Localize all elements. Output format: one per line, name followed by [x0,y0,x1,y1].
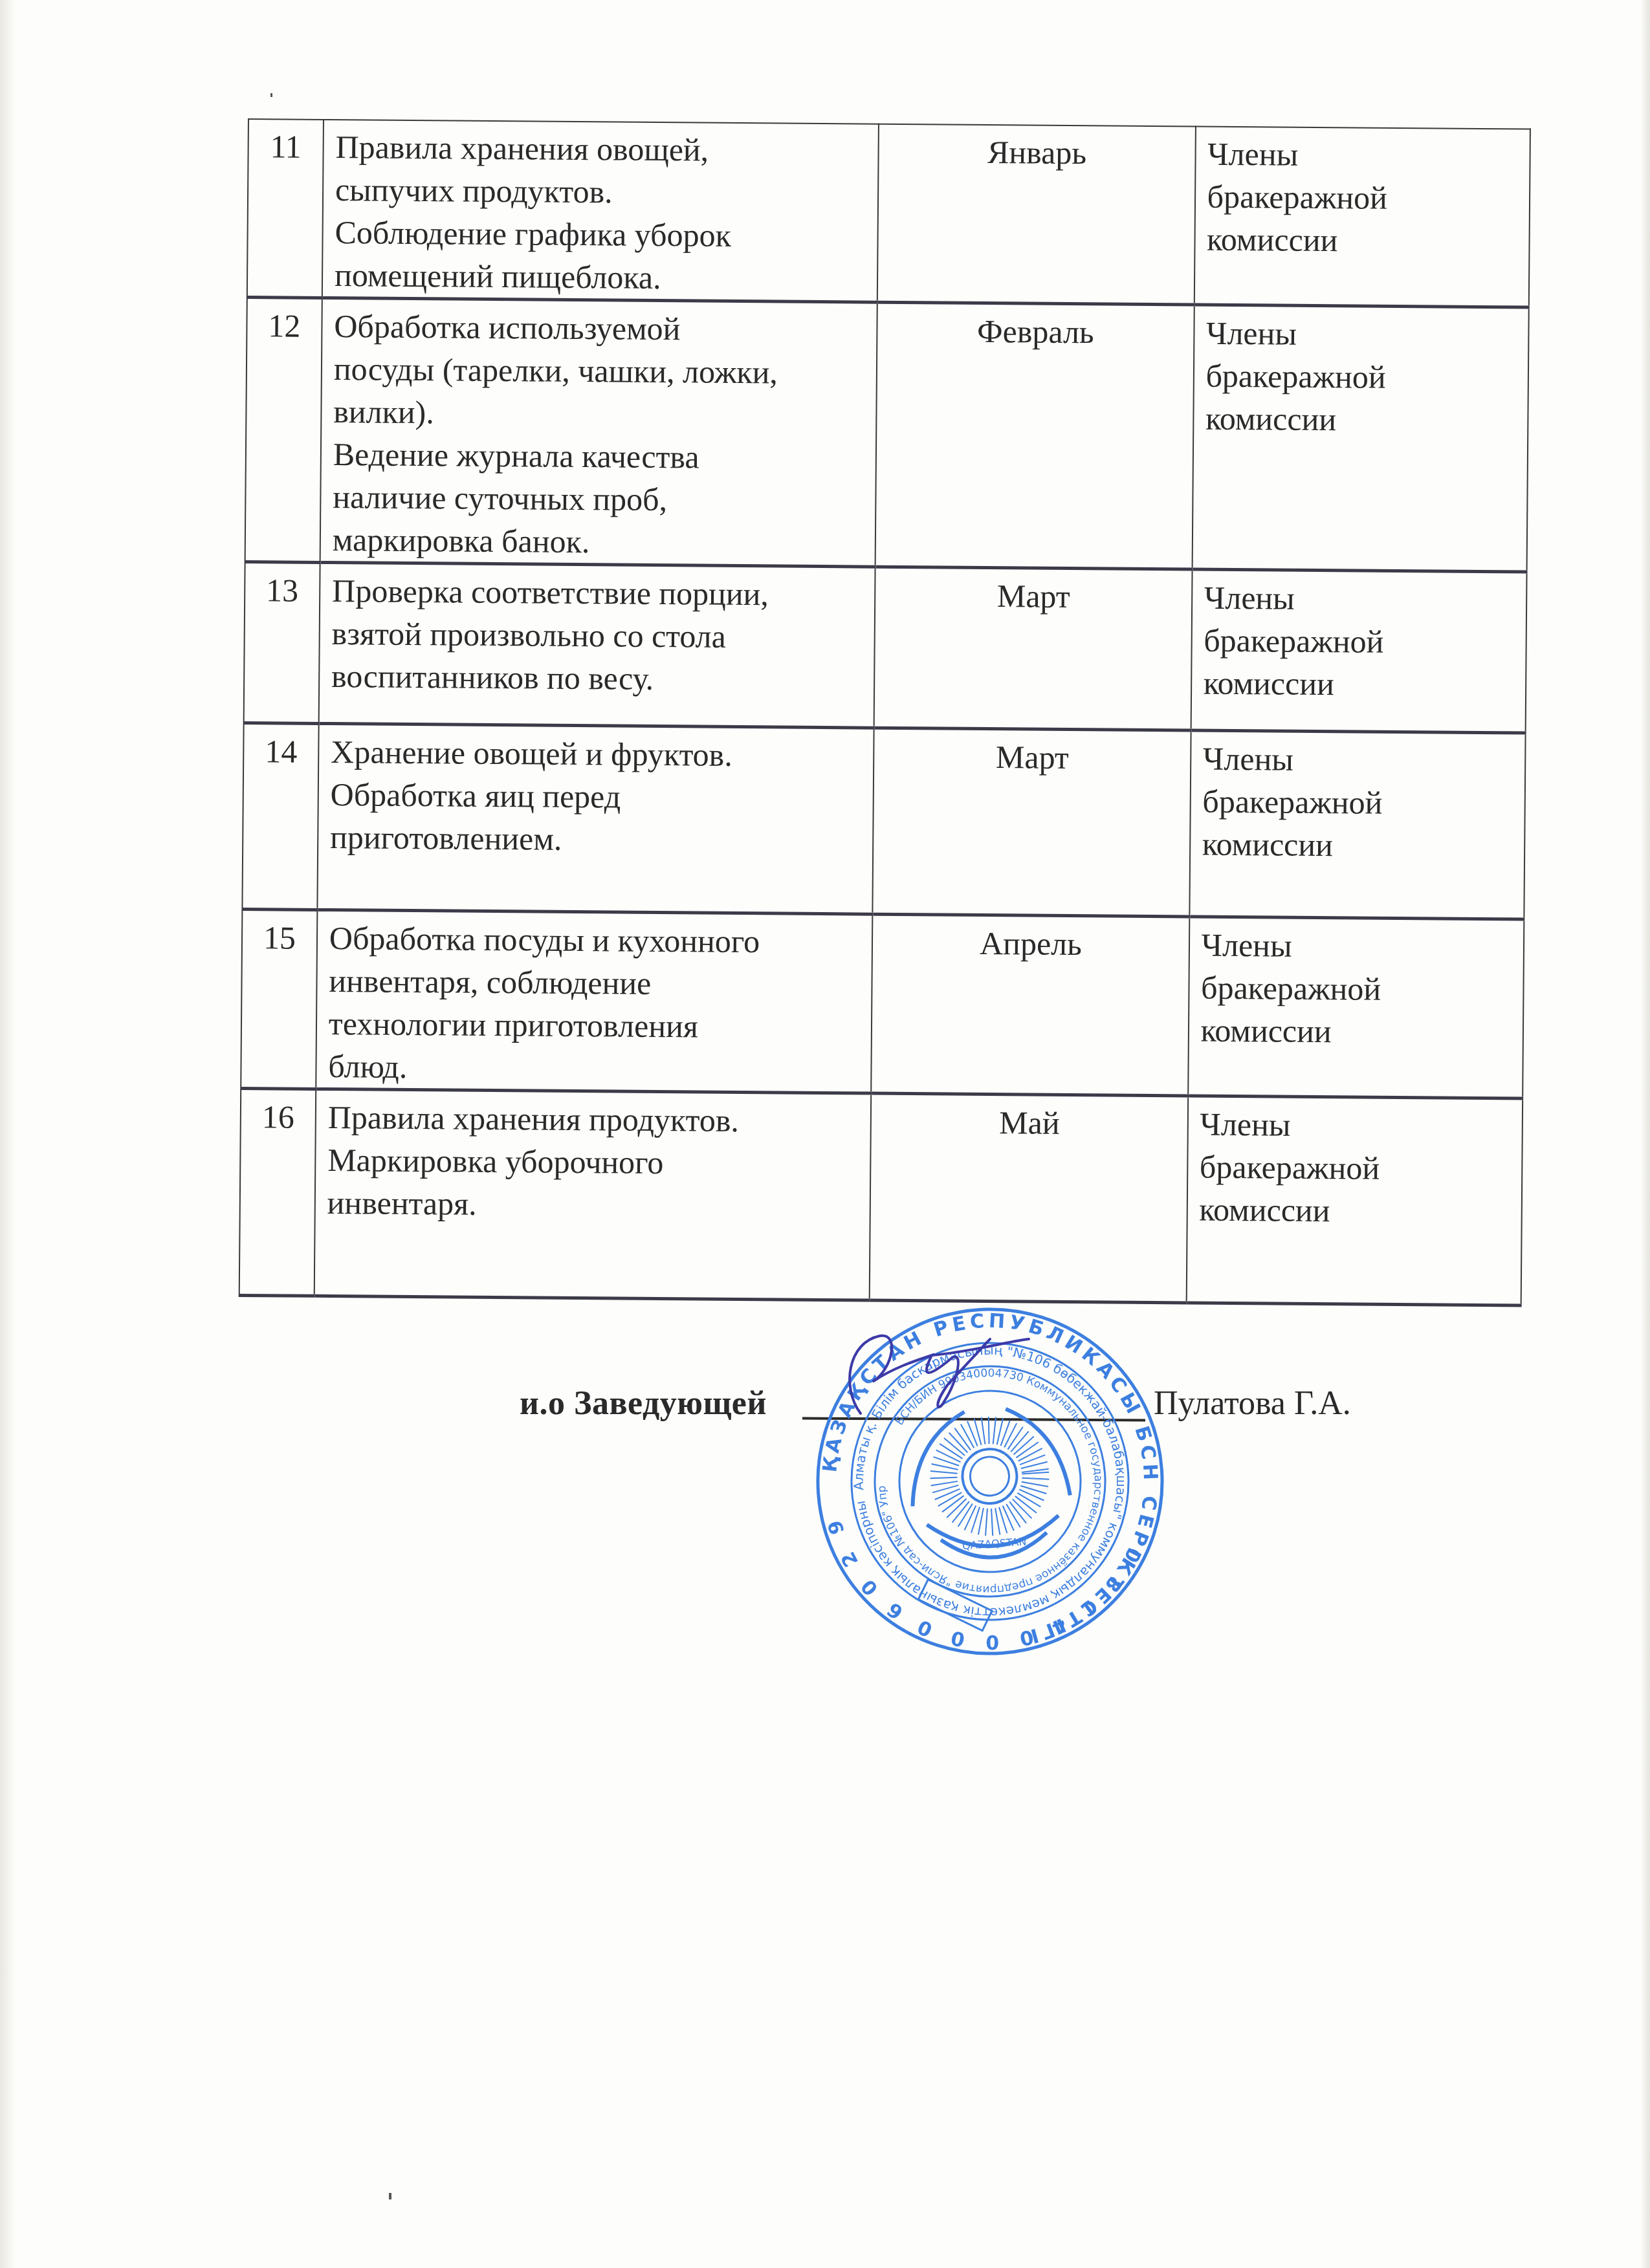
row-topic: Обработка посуды и кухонногоинвентаря, с… [316,910,873,1093]
row-responsible: Членыбракеражнойкомиссии [1186,1096,1523,1305]
signatory-name: Пулатова Г.А. [1154,1384,1351,1423]
plan-table-body: 11 Правила хранения овощей,сыпучих проду… [239,119,1530,1305]
row-month: Январь [877,124,1195,305]
table-row: 13 Проверка соответствие порции,взятой п… [244,562,1527,733]
row-month: Март [873,728,1191,917]
row-number: 15 [241,909,317,1089]
row-month: Февраль [875,302,1194,569]
row-number: 12 [245,297,322,562]
scan-edge-left [0,0,14,2268]
table-row: 15 Обработка посуды и кухонногоинвентаря… [241,909,1524,1098]
row-number: 16 [239,1088,316,1296]
row-topic: Правила хранения овощей,сыпучих продукто… [322,120,879,302]
row-responsible: Членыбракеражнойкомиссии [1191,569,1526,733]
row-topic: Проверка соответствие порции,взятой прои… [319,562,875,728]
row-responsible: Членыбракеражнойкомиссии [1188,917,1524,1098]
plan-table: 11 Правила хранения овощей,сыпучих проду… [239,118,1531,1307]
row-responsible: Членыбракеражнойкомиссии [1194,127,1530,308]
scan-edge-right [1641,0,1650,2268]
table-row: 14 Хранение овощей и фруктов.Обработка я… [242,723,1525,919]
row-topic: Правила хранения продуктов.Маркировка уб… [314,1089,872,1300]
scan-speck [389,2193,391,2199]
row-number: 14 [242,723,318,910]
row-number: 11 [247,119,324,298]
row-topic: Обработка используемойпосуды (тарелки, ч… [320,298,878,567]
row-responsible: Членыбракеражнойкомиссии [1189,730,1526,919]
row-number: 13 [244,562,320,723]
row-month: Март [874,567,1192,730]
handwritten-signature-icon [835,1323,1048,1420]
table-row: 12 Обработка используемойпосуды (тарелки… [245,297,1529,572]
table-row: 11 Правила хранения овощей,сыпучих проду… [247,119,1530,307]
row-month: Май [870,1093,1188,1303]
signature-position-label: и.о Заведующей [520,1384,767,1423]
row-month: Апрель [872,914,1189,1096]
row-responsible: Членыбракеражнойкомиссии [1192,305,1529,572]
table-row: 16 Правила хранения продуктов.Маркировка… [239,1088,1523,1305]
scan-speck [270,93,272,97]
row-topic: Хранение овощей и фруктов.Обработка яиц … [317,723,874,914]
